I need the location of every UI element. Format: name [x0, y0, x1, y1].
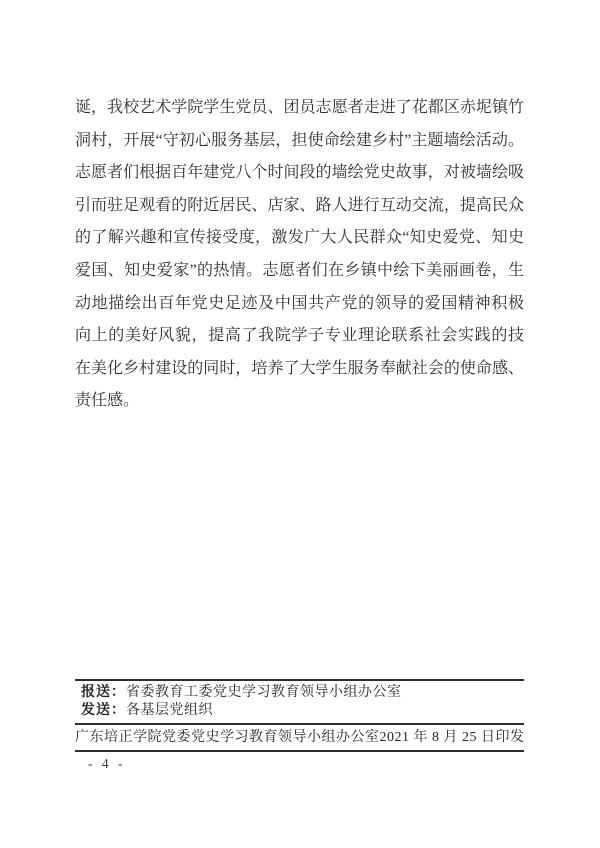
body-line: 向上的美好风貌，提高了我院学子专业理论联系社会实践的技能， [75, 320, 524, 353]
issuer-name: 广东培正学院党委党史学习教育领导小组办公室 [75, 730, 380, 745]
submit-to-label: 报送： [81, 685, 126, 700]
submit-to-value: 省委教育工委党史学习教育领导小组办公室 [126, 685, 402, 700]
document-page: 诞，我校艺术学院学生党员、团员志愿者走进了花都区赤坭镇竹 洞村，开展“守初心服务… [0, 0, 600, 848]
body-line: 动地描绘出百年党史足迹及中国共产党的领导的爱国精神积极 [75, 288, 524, 321]
page-number: - 4 - [88, 756, 126, 772]
send-to-value: 各基层党组织 [126, 703, 213, 718]
distribution-footer: 报送：省委教育工委党史学习教育领导小组办公室 发送：各基层党组织 广东培正学院党… [75, 679, 524, 752]
send-to-label: 发送： [81, 703, 126, 718]
body-paragraph: 诞，我校艺术学院学生党员、团员志愿者走进了花都区赤坭镇竹 洞村，开展“守初心服务… [75, 92, 524, 418]
footer-bottom-rule [75, 750, 524, 752]
footer-middle-rule [75, 723, 524, 725]
body-line: 引而驻足观看的附近居民、店家、路人进行互动交流，提高民众 [75, 190, 524, 223]
body-line: 的了解兴趣和宣传接受度，激发广大人民群众“知史爱党、知史 [75, 222, 524, 255]
body-line: 洞村，开展“守初心服务基层，担使命绘建乡村”主题墙绘活动。 [75, 125, 524, 158]
body-line: 志愿者们根据百年建党八个时间段的墙绘党史故事，对被墙绘吸 [75, 157, 524, 190]
body-line: 在美化乡村建设的同时，培养了大学生服务奉献社会的使命感、 [75, 353, 524, 386]
footer-top-rule [75, 679, 524, 681]
print-date: 2021 年 8 月 25 日印发 [380, 730, 525, 745]
body-line: 诞，我校艺术学院学生党员、团员志愿者走进了花都区赤坭镇竹 [75, 92, 524, 125]
body-line: 爱国、知史爱家”的热情。志愿者们在乡镇中绘下美丽画卷，生 [75, 255, 524, 288]
issuer-row: 广东培正学院党委党史学习教育领导小组办公室 2021 年 8 月 25 日印发 [75, 730, 524, 745]
submit-to-row: 报送：省委教育工委党史学习教育领导小组办公室 [75, 684, 524, 702]
body-line: 责任感。 [75, 385, 524, 418]
send-to-row: 发送：各基层党组织 [75, 702, 524, 720]
